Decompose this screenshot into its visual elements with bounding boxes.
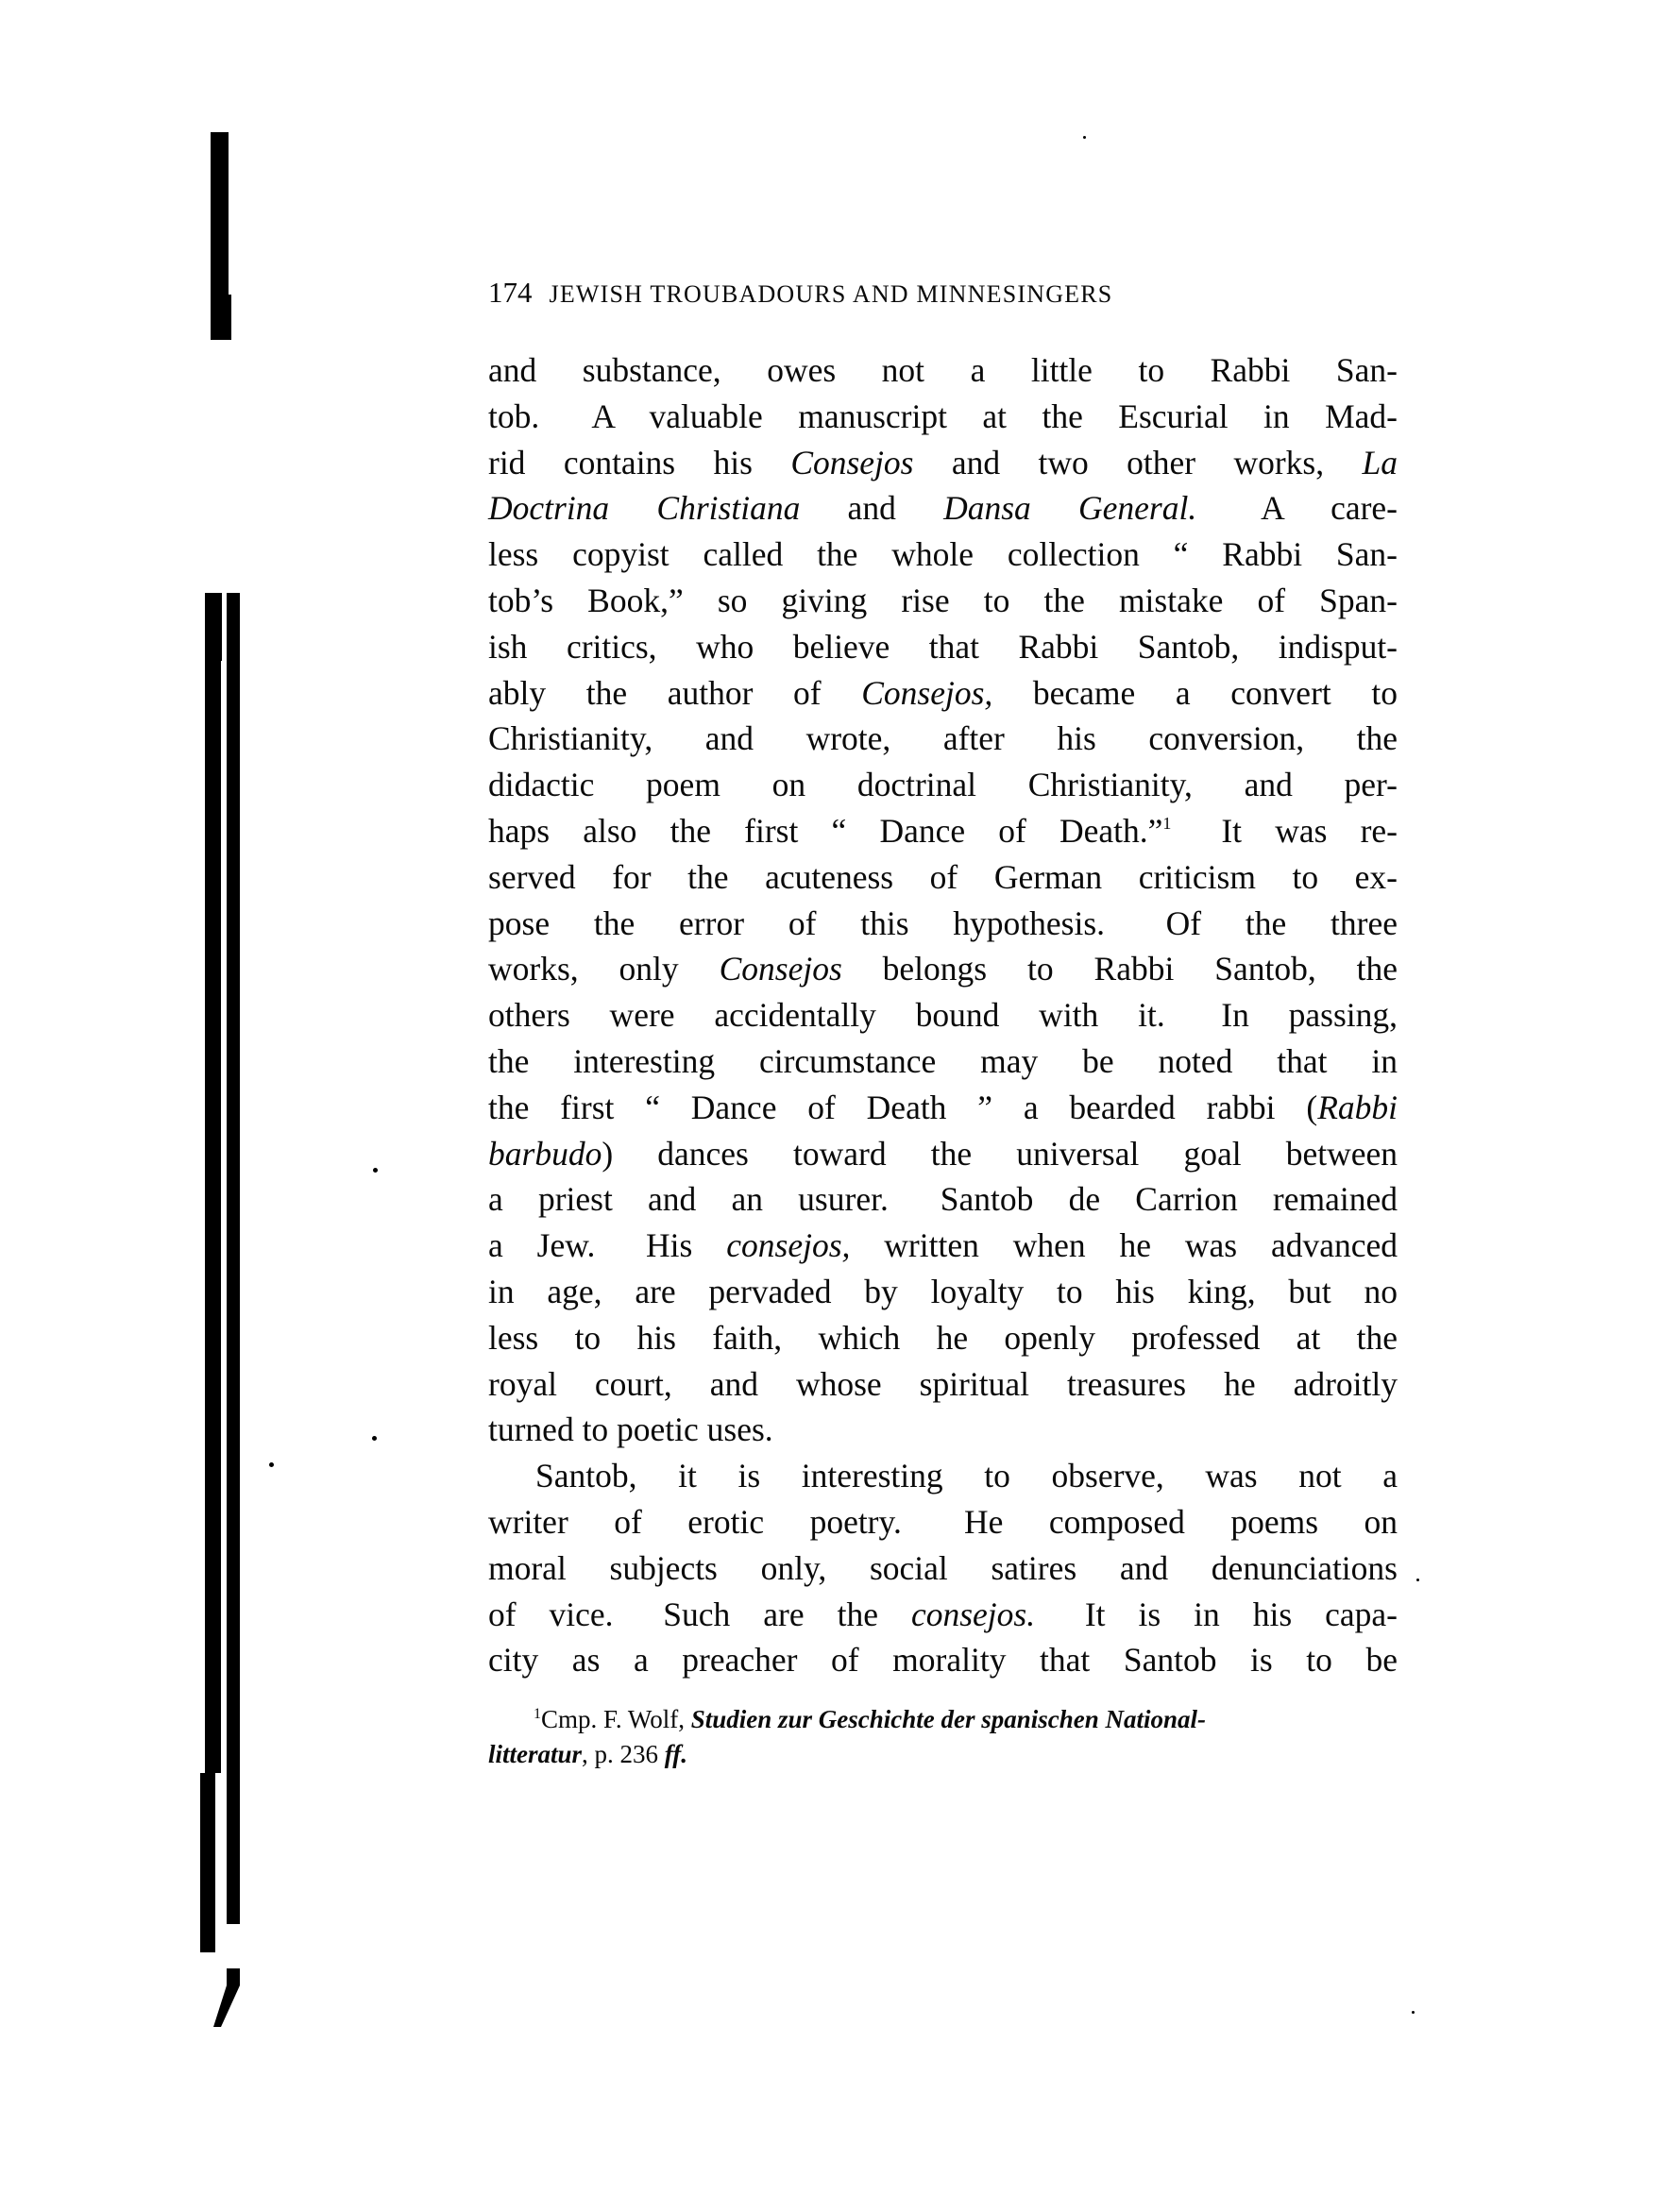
- text-line: a priest and an usurer. Santob de Carrio…: [488, 1176, 1398, 1223]
- text-line: writer of erotic poetry. He composed poe…: [488, 1499, 1398, 1545]
- scan-edge-bar-left: [205, 593, 221, 1773]
- text-run: Christianity, and wrote, after his conve…: [488, 719, 1398, 757]
- footnote-text: Cmp. F. Wolf,: [541, 1705, 691, 1733]
- footnote-title: Studien zur Geschichte der spanischen Na…: [691, 1705, 1206, 1733]
- footnote-marker: 1: [534, 1706, 541, 1722]
- text-run: the first “ Dance of Death ” a bearded r…: [488, 1089, 1317, 1126]
- text-line: Christianity, and wrote, after his conve…: [488, 716, 1398, 762]
- italic-text: Consejos: [720, 950, 842, 988]
- text-run: belongs to Rabbi Santob, the: [842, 950, 1398, 988]
- text-run: served for the acuteness of German criti…: [488, 858, 1398, 896]
- text-run: works, only: [488, 950, 720, 988]
- text-line: ish critics, who believe that Rabbi Sant…: [488, 624, 1398, 670]
- text-run: turned to poetic uses.: [488, 1410, 773, 1448]
- text-run: city as a preacher of morality that Sant…: [488, 1641, 1398, 1679]
- text-run: and: [800, 489, 943, 527]
- footnotes: 1Cmp. F. Wolf, Studien zur Geschichte de…: [488, 1702, 1398, 1772]
- text-run: tob’s Book,” so giving rise to the mista…: [488, 582, 1398, 619]
- text-run: rid contains his: [488, 444, 790, 481]
- scan-edge-bar-top-step: [212, 295, 231, 340]
- scan-edge-bar-left-lower: [200, 1773, 215, 1952]
- text-run: didactic poem on doctrinal Christianity,…: [488, 766, 1398, 803]
- running-head: 174JEWISH TROUBADOURS AND MINNESINGERS: [488, 269, 1398, 316]
- text-run: a priest and an usurer. Santob de Carrio…: [488, 1180, 1398, 1218]
- scan-speck: [1416, 1579, 1419, 1581]
- text-run: less copyist called the whole collection…: [488, 535, 1398, 573]
- text-line: a Jew. His consejos, written when he was…: [488, 1223, 1398, 1269]
- text-line: less copyist called the whole collection…: [488, 532, 1398, 578]
- scan-speck: [372, 1436, 377, 1441]
- text-run: written when he was advanced: [850, 1226, 1398, 1264]
- text-line: turned to poetic uses.: [488, 1407, 1398, 1453]
- text-line: city as a preacher of morality that Sant…: [488, 1637, 1398, 1683]
- scan-edge-bar-left-upper: [209, 593, 222, 661]
- footnote-ff: ff.: [665, 1740, 687, 1768]
- text-run: tob. A valuable manuscript at the Escuri…: [488, 397, 1398, 435]
- italic-text: Consejos,: [861, 674, 992, 712]
- text-run: less to his faith, which he openly profe…: [488, 1319, 1398, 1357]
- book-page: 174JEWISH TROUBADOURS AND MINNESINGERS a…: [488, 269, 1398, 1772]
- text-run: of vice. Such are the: [488, 1596, 911, 1633]
- text-line: haps also the first “ Dance of Death.”1 …: [488, 808, 1398, 854]
- text-line: of vice. Such are the consejos. It is in…: [488, 1592, 1398, 1638]
- text-line: Santob, it is interesting to observe, wa…: [488, 1453, 1398, 1499]
- text-run: a Jew. His: [488, 1226, 726, 1264]
- text-run: ish critics, who believe that Rabbi Sant…: [488, 628, 1398, 666]
- scan-speck: [1412, 2011, 1415, 2014]
- text-line: others were accidentally bound with it. …: [488, 992, 1398, 1038]
- text-line: royal court, and whose spiritual treasur…: [488, 1361, 1398, 1408]
- text-line: in age, are pervaded by loyalty to his k…: [488, 1269, 1398, 1315]
- text-line: tob. A valuable manuscript at the Escuri…: [488, 394, 1398, 440]
- text-line: rid contains his Consejos and two other …: [488, 440, 1398, 486]
- text-line: tob’s Book,” so giving rise to the mista…: [488, 578, 1398, 624]
- italic-text: consejos.: [911, 1596, 1035, 1633]
- text-run: ) dances toward the universal goal betwe…: [602, 1135, 1398, 1173]
- text-line: moral subjects only, social satires and …: [488, 1545, 1398, 1592]
- text-line: the first “ Dance of Death ” a bearded r…: [488, 1085, 1398, 1131]
- text-run: and two other works,: [914, 444, 1363, 481]
- italic-text: Consejos: [790, 444, 913, 481]
- page-number: 174: [488, 276, 533, 309]
- text-run: It was re-: [1171, 812, 1398, 850]
- text-line: served for the acuteness of German criti…: [488, 854, 1398, 901]
- italic-text: Doctrina Christiana: [488, 489, 800, 527]
- running-head-title: JEWISH TROUBADOURS AND MINNESINGERS: [550, 280, 1113, 308]
- footnote-page-ref: , p. 236: [582, 1740, 665, 1768]
- scan-edge-bar-right: [227, 593, 240, 1924]
- footnote-title-cont: litteratur: [488, 1740, 582, 1768]
- italic-text: barbudo: [488, 1135, 602, 1173]
- text-run: pose the error of this hypothesis. Of th…: [488, 904, 1398, 942]
- text-run: in age, are pervaded by loyalty to his k…: [488, 1273, 1398, 1310]
- italic-text: Rabbi: [1317, 1089, 1398, 1126]
- text-run: haps also the first “ Dance of Death.”: [488, 812, 1162, 850]
- scan-speck: [269, 1462, 274, 1467]
- text-run: and substance, owes not a little to Rabb…: [488, 351, 1398, 389]
- text-run: ably the author of: [488, 674, 861, 712]
- text-run: others were accidentally bound with it. …: [488, 996, 1398, 1034]
- text-line: didactic poem on doctrinal Christianity,…: [488, 762, 1398, 808]
- text-run: royal court, and whose spiritual treasur…: [488, 1365, 1398, 1403]
- text-run: moral subjects only, social satires and …: [488, 1549, 1398, 1587]
- text-line: ably the author of Consejos, became a co…: [488, 670, 1398, 717]
- text-run: the interesting circumstance may be note…: [488, 1042, 1398, 1080]
- footnote-1-line-2: litteratur, p. 236 ff.: [488, 1737, 1398, 1772]
- text-line: barbudo) dances toward the universal goa…: [488, 1131, 1398, 1177]
- text-run: writer of erotic poetry. He composed poe…: [488, 1503, 1398, 1541]
- italic-text: consejos,: [726, 1226, 850, 1264]
- text-run: It is in his capa-: [1035, 1596, 1398, 1633]
- scan-speck: [373, 1168, 378, 1173]
- text-line: less to his faith, which he openly profe…: [488, 1315, 1398, 1361]
- text-line: and substance, owes not a little to Rabb…: [488, 347, 1398, 394]
- text-line: pose the error of this hypothesis. Of th…: [488, 901, 1398, 947]
- text-line: the interesting circumstance may be note…: [488, 1038, 1398, 1085]
- text-line: Doctrina Christiana and Dansa General. A…: [488, 485, 1398, 532]
- body-text: and substance, owes not a little to Rabb…: [488, 347, 1398, 1683]
- text-line: works, only Consejos belongs to Rabbi Sa…: [488, 946, 1398, 992]
- scan-edge-hook: [213, 1968, 251, 2035]
- text-run: Santob, it is interesting to observe, wa…: [535, 1457, 1398, 1494]
- text-run: A care-: [1196, 489, 1398, 527]
- footnote-1-line-1: 1Cmp. F. Wolf, Studien zur Geschichte de…: [488, 1702, 1398, 1737]
- scan-speck: [1083, 136, 1086, 139]
- italic-text: Dansa General.: [943, 489, 1196, 527]
- italic-text: La: [1363, 444, 1398, 481]
- text-run: became a convert to: [992, 674, 1398, 712]
